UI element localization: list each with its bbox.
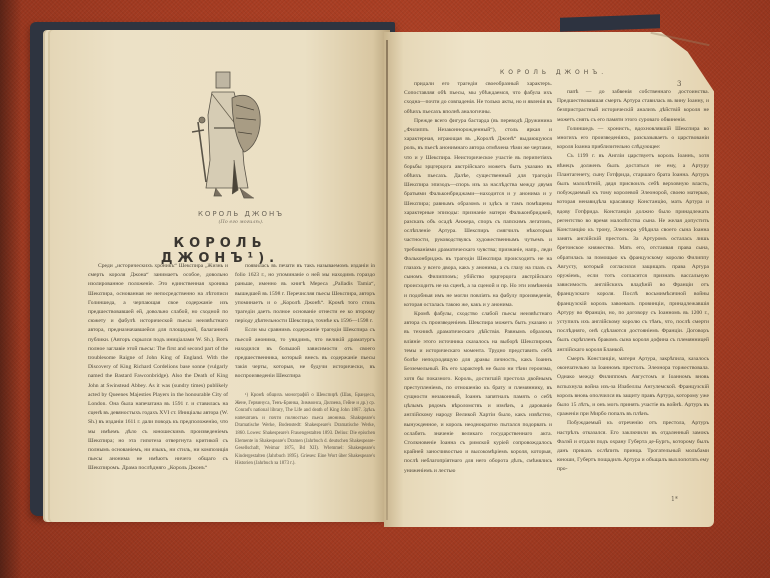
paragraph: Если мы сравнимъ содержаніе трагедіи Шек…: [235, 326, 375, 381]
illustration-caption-title: КОРОЛЬ ДЖОНЪ: [186, 210, 296, 218]
paragraph: появилась въ печати въ такъ называемомъ …: [235, 262, 375, 326]
paragraph: Голиншедъ — хронистъ, вдохновлявшій Шекс…: [557, 125, 709, 153]
right-page-column-2: папѣ — до забвенія собственнаго достоинс…: [557, 88, 709, 485]
footnote-text: ¹) Кромѣ общихъ монографій о Шекспирѣ (Ш…: [235, 392, 375, 468]
paragraph: Съ 1199 г. въ Англіи царствуетъ король І…: [557, 152, 709, 354]
book-cover-right-edge: [560, 14, 660, 31]
right-page-column-1: придали его трагедіи своеобразный характ…: [404, 80, 552, 485]
running-head: КОРОЛЬ ДЖОНЪ.: [500, 69, 607, 76]
page-number: 3: [677, 80, 681, 88]
paragraph: папѣ — до забвенія собственнаго достоинс…: [557, 88, 709, 125]
knight-illustration-icon: [188, 70, 268, 205]
paragraph: Побуждаемый къ отреченію отъ престола, А…: [557, 419, 709, 474]
paragraph: придали его трагедіи своеобразный характ…: [404, 80, 552, 117]
illustration-caption-subtitle: (По его могилѣ).: [186, 219, 296, 225]
book-spine-gutter: [386, 40, 388, 520]
paragraph: Прежде всего фигура бастарда (въ перевод…: [404, 117, 552, 310]
table-edge-shadow: [0, 0, 22, 578]
left-page-column-1: Среди „историческихъ хроникъ“ Шекспира „…: [88, 262, 228, 487]
left-page-footnote: ¹) Кромѣ общихъ монографій о Шекспирѣ (Ш…: [235, 392, 375, 490]
paragraph: Кромѣ фабулы, сходство слабой пьесы неиз…: [404, 310, 552, 476]
paragraph: Среди „историческихъ хроникъ“ Шекспира „…: [88, 262, 228, 474]
left-page-column-2: появилась въ печати въ такъ называемомъ …: [235, 262, 375, 390]
signature-mark: 1*: [671, 496, 678, 503]
paragraph: Смерть Констанціи, матери Артура, закрѣп…: [557, 355, 709, 419]
